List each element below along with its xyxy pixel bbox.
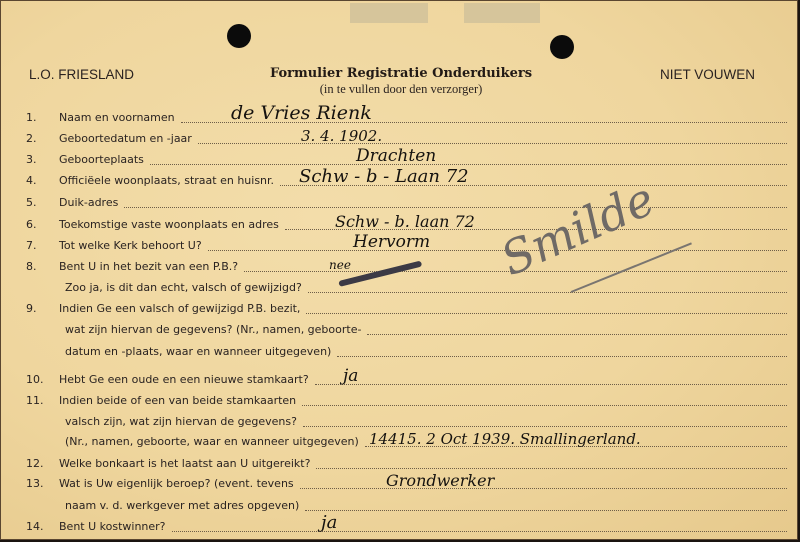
field-label: Geboorteplaats [59,153,144,166]
field-number: 12. [26,457,50,470]
form-row: 5.Duik-adres [1,192,800,214]
answer-line[interactable] [367,334,787,335]
field-label: wat zijn hiervan de gegevens? (Nr., name… [65,323,361,336]
field-label: datum en -plaats, waar en wanneer uitgeg… [65,345,331,358]
answer-line[interactable] [303,426,787,427]
field-number: 7. [26,239,50,252]
answer-line[interactable] [302,405,787,406]
tape-mark-right [464,3,540,23]
field-label: Geboortedatum en -jaar [59,132,192,145]
form-row: wat zijn hiervan de gegevens? (Nr., name… [1,319,800,341]
handwritten-answer: Drachten [356,146,436,166]
field-label: Toekomstige vaste woonplaats en adres [59,218,279,231]
form-row: 1.Naam en voornamen [1,107,800,129]
handwritten-answer: Hervorm [353,232,430,252]
handwritten-answer: 3. 4. 1902. [301,127,382,145]
form-row: datum en -plaats, waar en wanneer uitgeg… [1,341,800,363]
field-label: Officiëele woonplaats, straat en huisnr. [59,174,274,187]
field-label: Hebt Ge een oude en een nieuwe stamkaart… [59,373,309,386]
field-label: Indien beide of een van beide stamkaarte… [59,394,296,407]
field-number: 3. [26,153,50,166]
field-number: 11. [26,394,50,407]
answer-line[interactable] [208,250,787,251]
handwritten-answer: Grondwerker [386,471,494,490]
field-label: (Nr., namen, geboorte, waar en wanneer u… [65,435,359,448]
field-number: 6. [26,218,50,231]
field-number: 2. [26,132,50,145]
answer-line[interactable] [198,143,787,144]
answer-line[interactable] [305,510,787,511]
answer-line[interactable] [316,468,787,469]
answer-line[interactable] [337,356,787,357]
field-number: 10. [26,373,50,386]
form-row: 10.Hebt Ge een oude en een nieuwe stamka… [1,369,800,391]
handwritten-answer: nee [329,258,351,272]
registration-card: L.O. FRIESLAND Formulier Registratie Ond… [0,0,798,540]
field-label: Zoo ja, is dit dan echt, valsch of gewij… [65,281,302,294]
punch-hole-left [227,24,251,48]
form-subtitle: (in te vullen door den verzorger) [1,82,800,97]
field-label: valsch zijn, wat zijn hiervan de gegeven… [65,415,297,428]
handwritten-answer: 14415. 2 Oct 1939. Smallingerland. [369,430,641,448]
field-label: Bent U kostwinner? [59,520,166,533]
field-number: 8. [26,260,50,273]
form-row: 14.Bent U kostwinner? [1,516,800,538]
field-label: naam v. d. werkgever met adres opgeven) [65,499,299,512]
field-label: Naam en voornamen [59,111,175,124]
answer-line[interactable] [306,313,787,314]
field-label: Bent U in het bezit van een P.B.? [59,260,238,273]
field-number: 13. [26,477,50,490]
handwritten-answer: ja [321,512,337,533]
field-label: Tot welke Kerk behoort U? [59,239,202,252]
field-number: 5. [26,196,50,209]
answer-line[interactable] [315,384,787,385]
field-number: 14. [26,520,50,533]
field-label: Indien Ge een valsch of gewijzigd P.B. b… [59,302,300,315]
tape-mark-left [350,3,428,23]
form-row: 11.Indien beide of een van beide stamkaa… [1,390,800,412]
handwritten-answer: Schw - b. laan 72 [335,212,475,231]
handwritten-answer: ja [343,366,358,386]
field-number: 9. [26,302,50,315]
field-number: 1. [26,111,50,124]
answer-line[interactable] [172,531,787,532]
answer-line[interactable] [124,207,787,208]
answer-line[interactable] [308,292,787,293]
answer-line[interactable] [150,164,787,165]
form-row: naam v. d. werkgever met adres opgeven) [1,495,800,517]
form-row: Zoo ja, is dit dan echt, valsch of gewij… [1,277,800,299]
handwritten-answer: Schw - b - Laan 72 [299,166,469,187]
form-row: 9.Indien Ge een valsch of gewijzigd P.B.… [1,298,800,320]
field-label: Wat is Uw eigenlijk beroep? (event. teve… [59,477,294,490]
field-label: Welke bonkaart is het laatst aan U uitge… [59,457,310,470]
answer-line[interactable] [300,488,787,489]
do-not-fold-label: NIET VOUWEN [660,67,755,82]
handwritten-answer: de Vries Rienk [231,102,372,124]
field-number: 4. [26,174,50,187]
field-label: Duik-adres [59,196,118,209]
punch-hole-right [550,35,574,59]
